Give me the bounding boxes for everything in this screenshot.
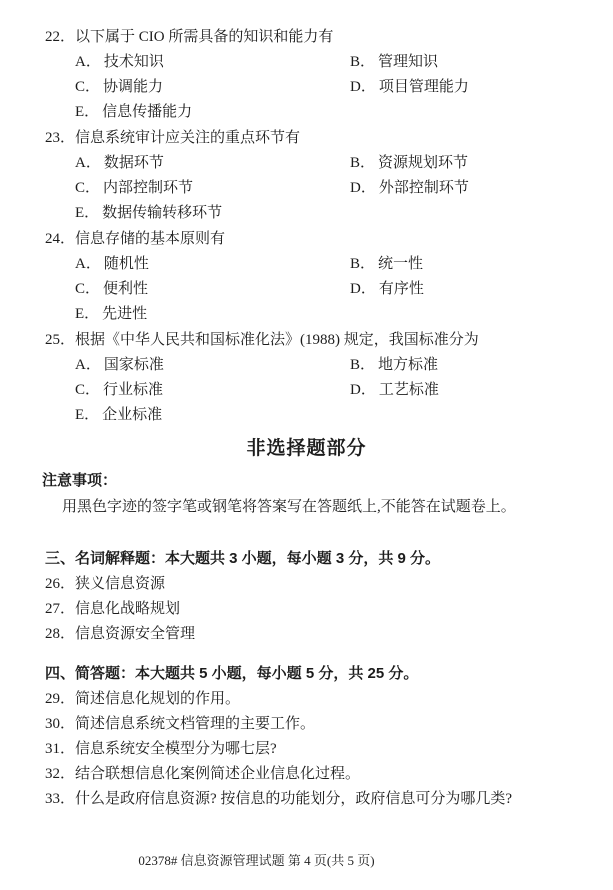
- item-31: 31．信息系统安全模型分为哪七层?: [0, 737, 613, 762]
- option-label: D．: [350, 281, 376, 297]
- option-a: A．国家标准: [75, 353, 350, 378]
- option-label: A．: [75, 357, 101, 373]
- option-e: E．先进性: [75, 302, 350, 327]
- option-text: 技术知识: [104, 54, 164, 70]
- item-29: 29．简述信息化规划的作用。: [0, 687, 613, 712]
- item-text: 简述信息系统文档管理的主要工作。: [75, 716, 315, 732]
- question-line: 22．以下属于 CIO 所需具备的知识和能力有: [0, 24, 613, 50]
- mc-question-22: 22．以下属于 CIO 所需具备的知识和能力有 A．技术知识 B．管理知识 C．…: [0, 24, 613, 125]
- option-text: 企业标准: [102, 407, 162, 423]
- option-label: C．: [75, 281, 100, 297]
- option-text: 数据传输转移环节: [102, 205, 222, 221]
- option-a: A．数据环节: [75, 151, 350, 176]
- item-number: 28．: [45, 622, 75, 647]
- option-d: D．有序性: [350, 277, 613, 302]
- option-label: D．: [350, 180, 376, 196]
- question-line: 25．根据《中华人民共和国标准化法》(1988) 规定，我国标准分为: [0, 327, 613, 353]
- option-d: D．工艺标准: [350, 378, 613, 403]
- option-text: 统一性: [378, 256, 423, 272]
- item-number: 32．: [45, 762, 75, 787]
- option-e: E．企业标准: [75, 403, 350, 428]
- option-text: 数据环节: [104, 155, 164, 171]
- option-text: 国家标准: [104, 357, 164, 373]
- option-text: 地方标准: [378, 357, 438, 373]
- section-heading-3: 三、名词解释题：本大题共 3 小题，每小题 3 分，共 9 分。: [0, 546, 613, 572]
- question-number: 23．: [45, 125, 75, 151]
- option-text: 先进性: [102, 306, 147, 322]
- option-b: B．统一性: [350, 252, 613, 277]
- option-text: 外部控制环节: [379, 180, 469, 196]
- option-b: B．地方标准: [350, 353, 613, 378]
- option-text: 有序性: [379, 281, 424, 297]
- item-text: 信息化战略规划: [75, 601, 180, 617]
- item-number: 30．: [45, 712, 75, 737]
- option-text: 工艺标准: [379, 382, 439, 398]
- item-33: 33．什么是政府信息资源? 按信息的功能划分，政府信息可分为哪几类?: [0, 787, 613, 812]
- option-c: C．行业标准: [75, 378, 350, 403]
- notice-title: 注意事项：: [0, 468, 613, 494]
- item-number: 26．: [45, 572, 75, 597]
- option-text: 资源规划环节: [378, 155, 468, 171]
- item-27: 27．信息化战略规划: [0, 597, 613, 622]
- item-28: 28．信息资源安全管理: [0, 622, 613, 647]
- option-label: B．: [350, 155, 375, 171]
- option-label: E．: [75, 306, 99, 322]
- item-30: 30．简述信息系统文档管理的主要工作。: [0, 712, 613, 737]
- option-text: 行业标准: [103, 382, 163, 398]
- section-heading-4: 四、简答题：本大题共 5 小题，每小题 5 分，共 25 分。: [0, 661, 613, 687]
- question-line: 23．信息系统审计应关注的重点环节有: [0, 125, 613, 151]
- option-a: A．技术知识: [75, 50, 350, 75]
- item-text: 什么是政府信息资源? 按信息的功能划分，政府信息可分为哪几类?: [75, 791, 512, 807]
- option-label: C．: [75, 180, 100, 196]
- option-label: A．: [75, 256, 101, 272]
- option-text: 管理知识: [378, 54, 438, 70]
- item-text: 信息系统安全模型分为哪七层?: [75, 741, 277, 757]
- mc-question-25: 25．根据《中华人民共和国标准化法》(1988) 规定，我国标准分为 A．国家标…: [0, 327, 613, 428]
- question-number: 22．: [45, 24, 75, 50]
- option-text: 项目管理能力: [379, 79, 469, 95]
- option-label: D．: [350, 382, 376, 398]
- section-divider-title: 非选择题部分: [0, 436, 613, 462]
- options-grid: A．国家标准 B．地方标准 C．行业标准 D．工艺标准 E．企业标准: [0, 353, 613, 428]
- option-c: C．便利性: [75, 277, 350, 302]
- item-number: 29．: [45, 687, 75, 712]
- question-line: 24．信息存储的基本原则有: [0, 226, 613, 252]
- item-text: 信息资源安全管理: [75, 626, 195, 642]
- option-c: C．内部控制环节: [75, 176, 350, 201]
- question-text: 信息系统审计应关注的重点环节有: [75, 130, 300, 146]
- question-text: 信息存储的基本原则有: [75, 231, 225, 247]
- options-grid: A．随机性 B．统一性 C．便利性 D．有序性 E．先进性: [0, 252, 613, 327]
- option-e: E．数据传输转移环节: [75, 201, 350, 226]
- options-grid: A．数据环节 B．资源规划环节 C．内部控制环节 D．外部控制环节 E．数据传输…: [0, 151, 613, 226]
- option-label: C．: [75, 382, 100, 398]
- item-text: 结合联想信息化案例简述企业信息化过程。: [75, 766, 360, 782]
- options-grid: A．技术知识 B．管理知识 C．协调能力 D．项目管理能力 E．信息传播能力: [0, 50, 613, 125]
- option-d: D．项目管理能力: [350, 75, 613, 100]
- mc-question-24: 24．信息存储的基本原则有 A．随机性 B．统一性 C．便利性 D．有序性 E．…: [0, 226, 613, 327]
- option-e: E．信息传播能力: [75, 100, 350, 125]
- option-d: D．外部控制环节: [350, 176, 613, 201]
- option-a: A．随机性: [75, 252, 350, 277]
- question-number: 25．: [45, 327, 75, 353]
- page-footer: 02378# 信息资源管理试题 第 4 页(共 5 页): [0, 852, 513, 870]
- notice-body: 用黑色字迹的签字笔或钢笔将答案写在答题纸上,不能答在试题卷上。: [0, 494, 613, 520]
- option-text: 信息传播能力: [102, 104, 192, 120]
- item-number: 27．: [45, 597, 75, 622]
- item-text: 简述信息化规划的作用。: [75, 691, 240, 707]
- option-b: B．资源规划环节: [350, 151, 613, 176]
- option-label: A．: [75, 155, 101, 171]
- option-label: B．: [350, 54, 375, 70]
- option-label: B．: [350, 256, 375, 272]
- option-label: E．: [75, 104, 99, 120]
- option-label: E．: [75, 407, 99, 423]
- option-text: 协调能力: [103, 79, 163, 95]
- item-32: 32．结合联想信息化案例简述企业信息化过程。: [0, 762, 613, 787]
- exam-paper-page: 22．以下属于 CIO 所需具备的知识和能力有 A．技术知识 B．管理知识 C．…: [0, 0, 613, 890]
- question-text: 根据《中华人民共和国标准化法》(1988) 规定，我国标准分为: [75, 332, 479, 348]
- option-label: C．: [75, 79, 100, 95]
- option-label: B．: [350, 357, 375, 373]
- mc-question-23: 23．信息系统审计应关注的重点环节有 A．数据环节 B．资源规划环节 C．内部控…: [0, 125, 613, 226]
- item-text: 狭义信息资源: [75, 576, 165, 592]
- option-c: C．协调能力: [75, 75, 350, 100]
- item-number: 31．: [45, 737, 75, 762]
- item-26: 26．狭义信息资源: [0, 572, 613, 597]
- option-text: 内部控制环节: [103, 180, 193, 196]
- option-label: E．: [75, 205, 99, 221]
- option-text: 随机性: [104, 256, 149, 272]
- question-number: 24．: [45, 226, 75, 252]
- question-text: 以下属于 CIO 所需具备的知识和能力有: [75, 29, 333, 45]
- option-b: B．管理知识: [350, 50, 613, 75]
- option-text: 便利性: [103, 281, 148, 297]
- option-label: A．: [75, 54, 101, 70]
- option-label: D．: [350, 79, 376, 95]
- item-number: 33．: [45, 787, 75, 812]
